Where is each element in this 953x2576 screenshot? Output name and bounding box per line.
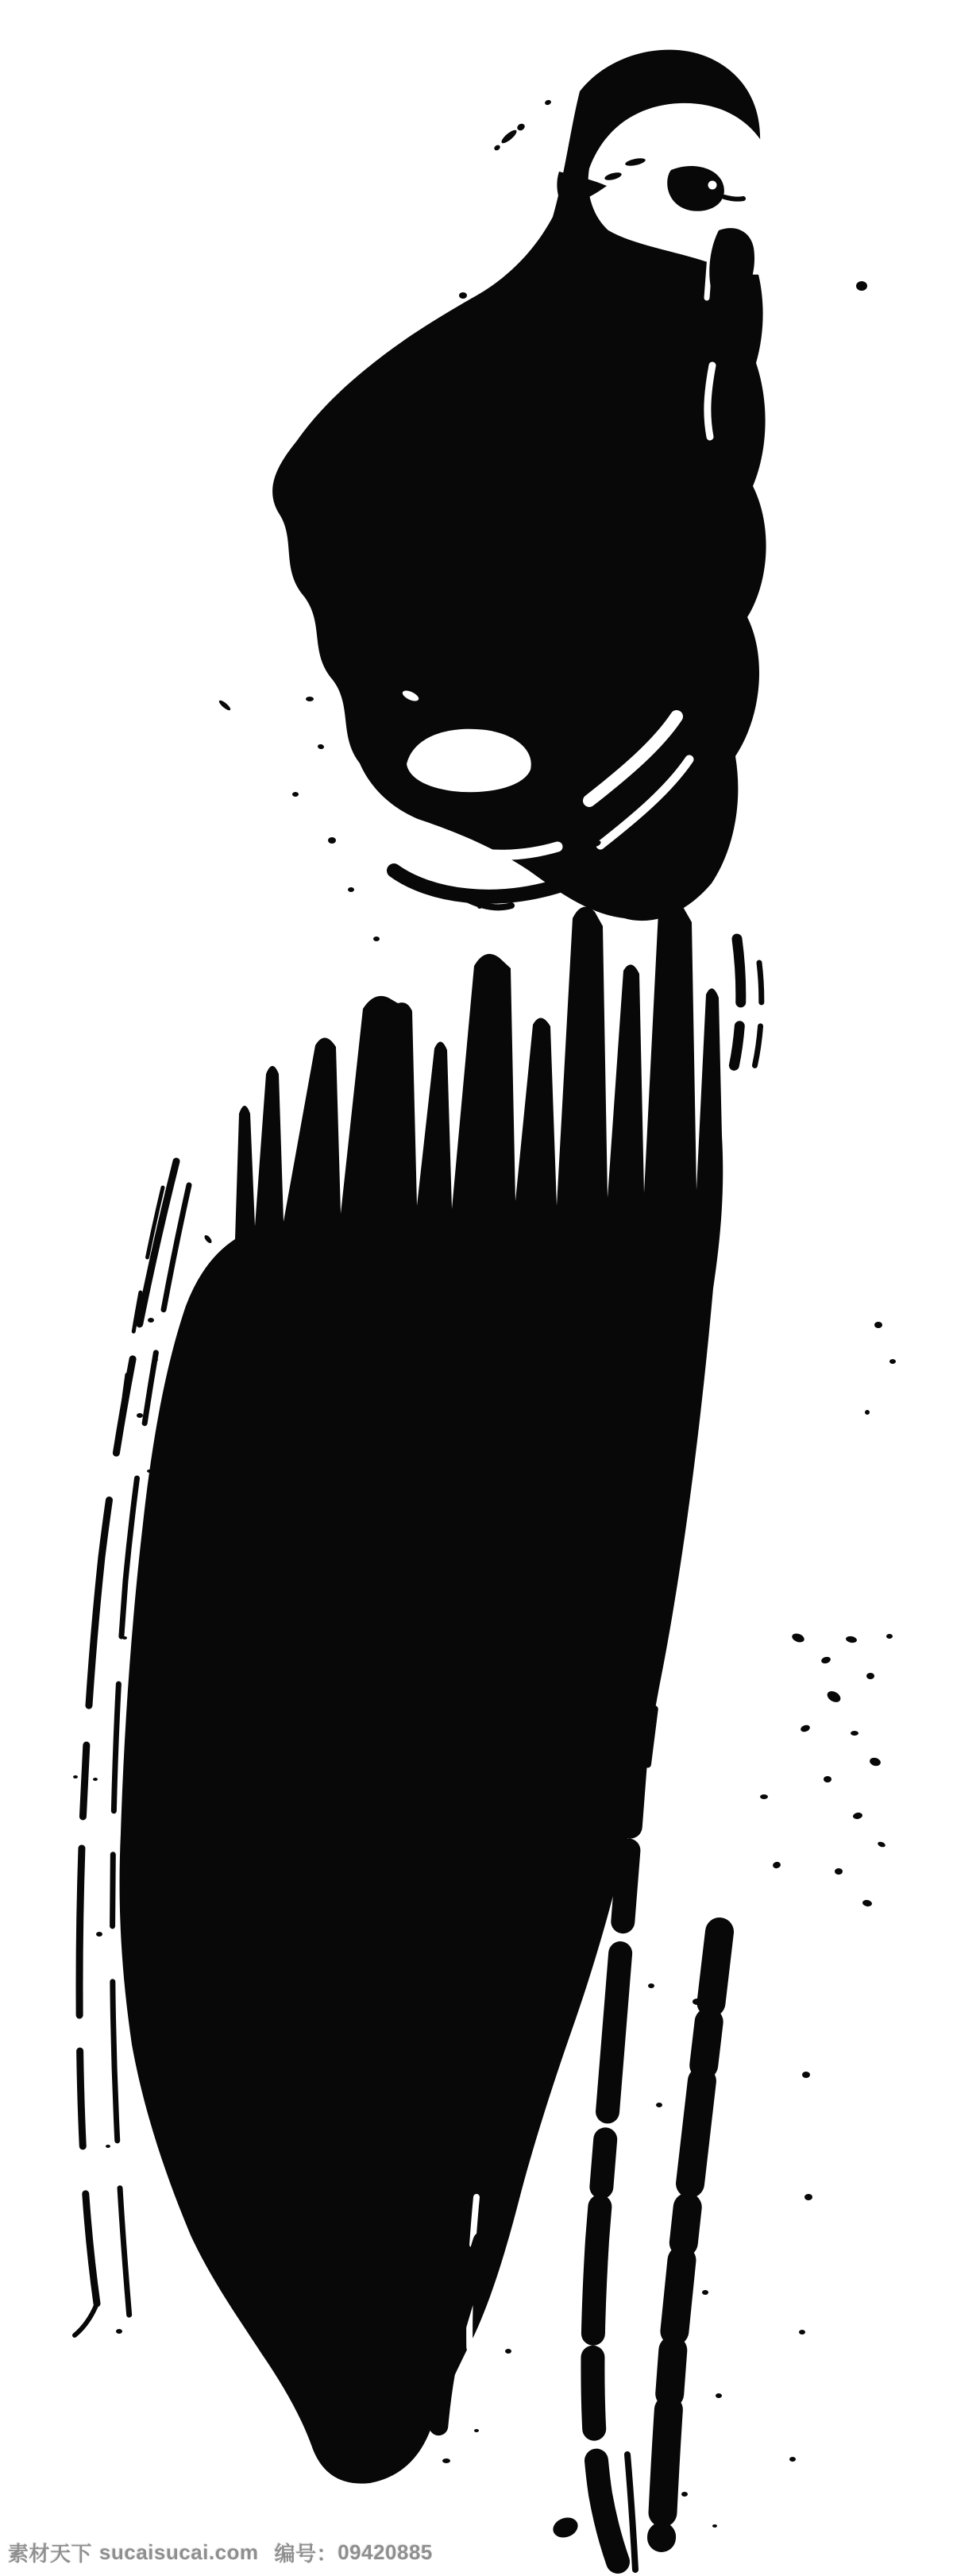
- ink-splatter-dot: [824, 1776, 831, 1782]
- watermark-site-url: sucaisucai.com: [99, 2540, 259, 2565]
- ink-splatter-dot: [116, 2329, 122, 2334]
- ink-splatter-dot: [866, 1673, 874, 1679]
- ink-splatter-dot: [153, 1358, 158, 1361]
- ink-splatter-dot: [471, 312, 476, 317]
- ink-splatter-dot: [505, 2349, 511, 2354]
- ink-splatter-dot: [889, 1359, 896, 1364]
- ink-splatter-dot: [716, 2393, 722, 2398]
- ink-splatter-dot: [459, 292, 467, 299]
- ink-brush-svg: [0, 0, 953, 2576]
- ink-splatter-dot: [348, 887, 354, 892]
- ink-splatter-dot: [328, 837, 336, 844]
- ink-splatter-dot: [373, 937, 380, 941]
- ink-splatter-dot: [886, 1634, 893, 1639]
- ink-splatter-dot: [648, 1983, 654, 1988]
- ink-splatter-dot: [696, 2147, 704, 2152]
- ink-splatter-dot: [835, 1868, 843, 1875]
- ink-splatter-dot: [313, 601, 319, 606]
- ink-splatter-dot: [122, 1636, 127, 1639]
- ink-artwork: 素材天下 sucaisucai.com 编号：09420885: [0, 0, 953, 2576]
- ink-splatter-dot: [681, 2492, 688, 2497]
- ink-splatter-dot: [789, 2457, 796, 2462]
- ink-splatter-dot: [712, 2524, 717, 2528]
- ink-splatter-dot: [326, 449, 332, 454]
- ink-splatter-dot: [137, 1413, 143, 1418]
- ink-splatter-dot: [306, 697, 314, 701]
- watermark-id-label: 编号：: [275, 2538, 338, 2567]
- ink-splatter-dot: [147, 1470, 152, 1473]
- ink-splatter-dot: [874, 1322, 882, 1328]
- ink-splatter-dot: [148, 1318, 154, 1323]
- ink-splatter-dot: [760, 1794, 768, 1799]
- ink-splatter-dot: [106, 2145, 110, 2148]
- ink-splatter-dot: [474, 2429, 479, 2432]
- ink-splatter-dot: [321, 519, 327, 523]
- watermark: 素材天下 sucaisucai.com 编号：09420885: [8, 2539, 433, 2566]
- ink-splatter-dot: [145, 1516, 151, 1521]
- eye-white-pupil: [708, 181, 717, 190]
- ink-splatter-dot: [292, 792, 299, 797]
- ink-splatter-dot: [128, 1817, 134, 1821]
- eye-tail-dash: [724, 197, 743, 199]
- ink-splatter-dot: [804, 2194, 812, 2200]
- ink-splatter-dot: [799, 2330, 805, 2335]
- ink-splatter-dot: [656, 2103, 662, 2107]
- ink-splatter-dot: [802, 2072, 810, 2078]
- ink-splatter-dot: [865, 1410, 870, 1415]
- white-edge-bite: [192, 2356, 249, 2413]
- ink-splatter-dot: [693, 1999, 702, 2005]
- ink-splatter-dot: [133, 2049, 140, 2053]
- ink-splatter-dot: [856, 281, 867, 291]
- ink-splatter-dot: [851, 1731, 858, 1736]
- ink-splatter-dot: [93, 1778, 98, 1781]
- ink-splatter-dot: [477, 904, 482, 909]
- ink-splatter-dot: [702, 2290, 708, 2295]
- watermark-id-value: 09420885: [338, 2540, 433, 2565]
- ink-splatter-dot: [442, 2458, 450, 2463]
- ink-splatter-dot: [73, 1775, 78, 1778]
- watermark-site-name: 素材天下: [8, 2538, 92, 2567]
- ink-splatter-dot: [96, 1932, 102, 1937]
